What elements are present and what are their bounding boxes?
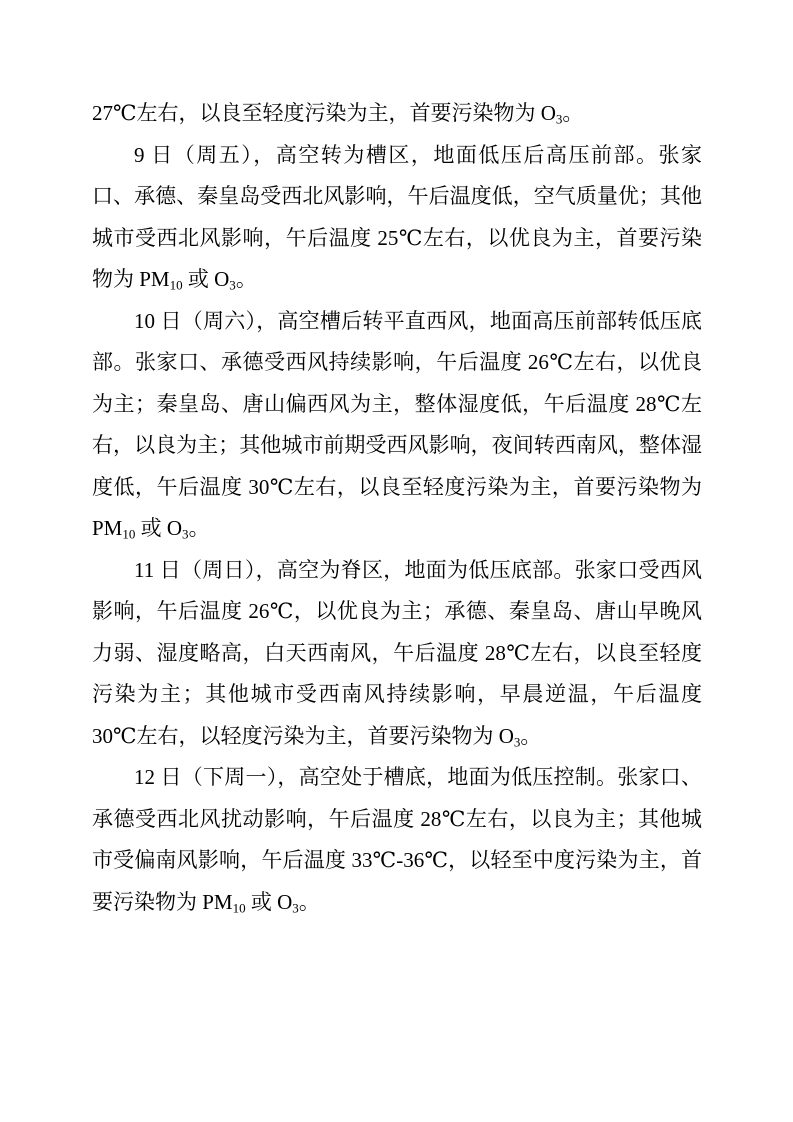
paragraph: 12 日（下周一），高空处于槽底，地面为低压控制。张家口、承德受西北风扰动影响，… <box>92 757 702 923</box>
subscript-text: 3 <box>556 111 563 126</box>
document-body: 27℃左右，以良至轻度污染为主，首要污染物为 O3。9 日（周五），高空转为槽区… <box>92 93 702 923</box>
paragraph: 9 日（周五），高空转为槽区，地面低压后高压前部。张家口、承德、秦皇岛受西北风影… <box>92 135 702 301</box>
paragraph: 10 日（周六），高空槽后转平直西风，地面高压前部转低压底部。张家口、承德受西风… <box>92 301 702 550</box>
subscript-text: 3 <box>514 734 521 749</box>
subscript-text: 10 <box>233 900 246 915</box>
paragraph: 11 日（周日），高空为脊区，地面为低压底部。张家口受西风影响，午后温度 26℃… <box>92 550 702 758</box>
subscript-text: 10 <box>170 277 183 292</box>
subscript-text: 3 <box>182 526 189 541</box>
paragraph: 27℃左右，以良至轻度污染为主，首要污染物为 O3。 <box>92 93 702 135</box>
document-page: 27℃左右，以良至轻度污染为主，首要污染物为 O3。9 日（周五），高空转为槽区… <box>0 0 793 1122</box>
subscript-text: 3 <box>292 900 299 915</box>
subscript-text: 3 <box>229 277 236 292</box>
subscript-text: 10 <box>122 526 135 541</box>
